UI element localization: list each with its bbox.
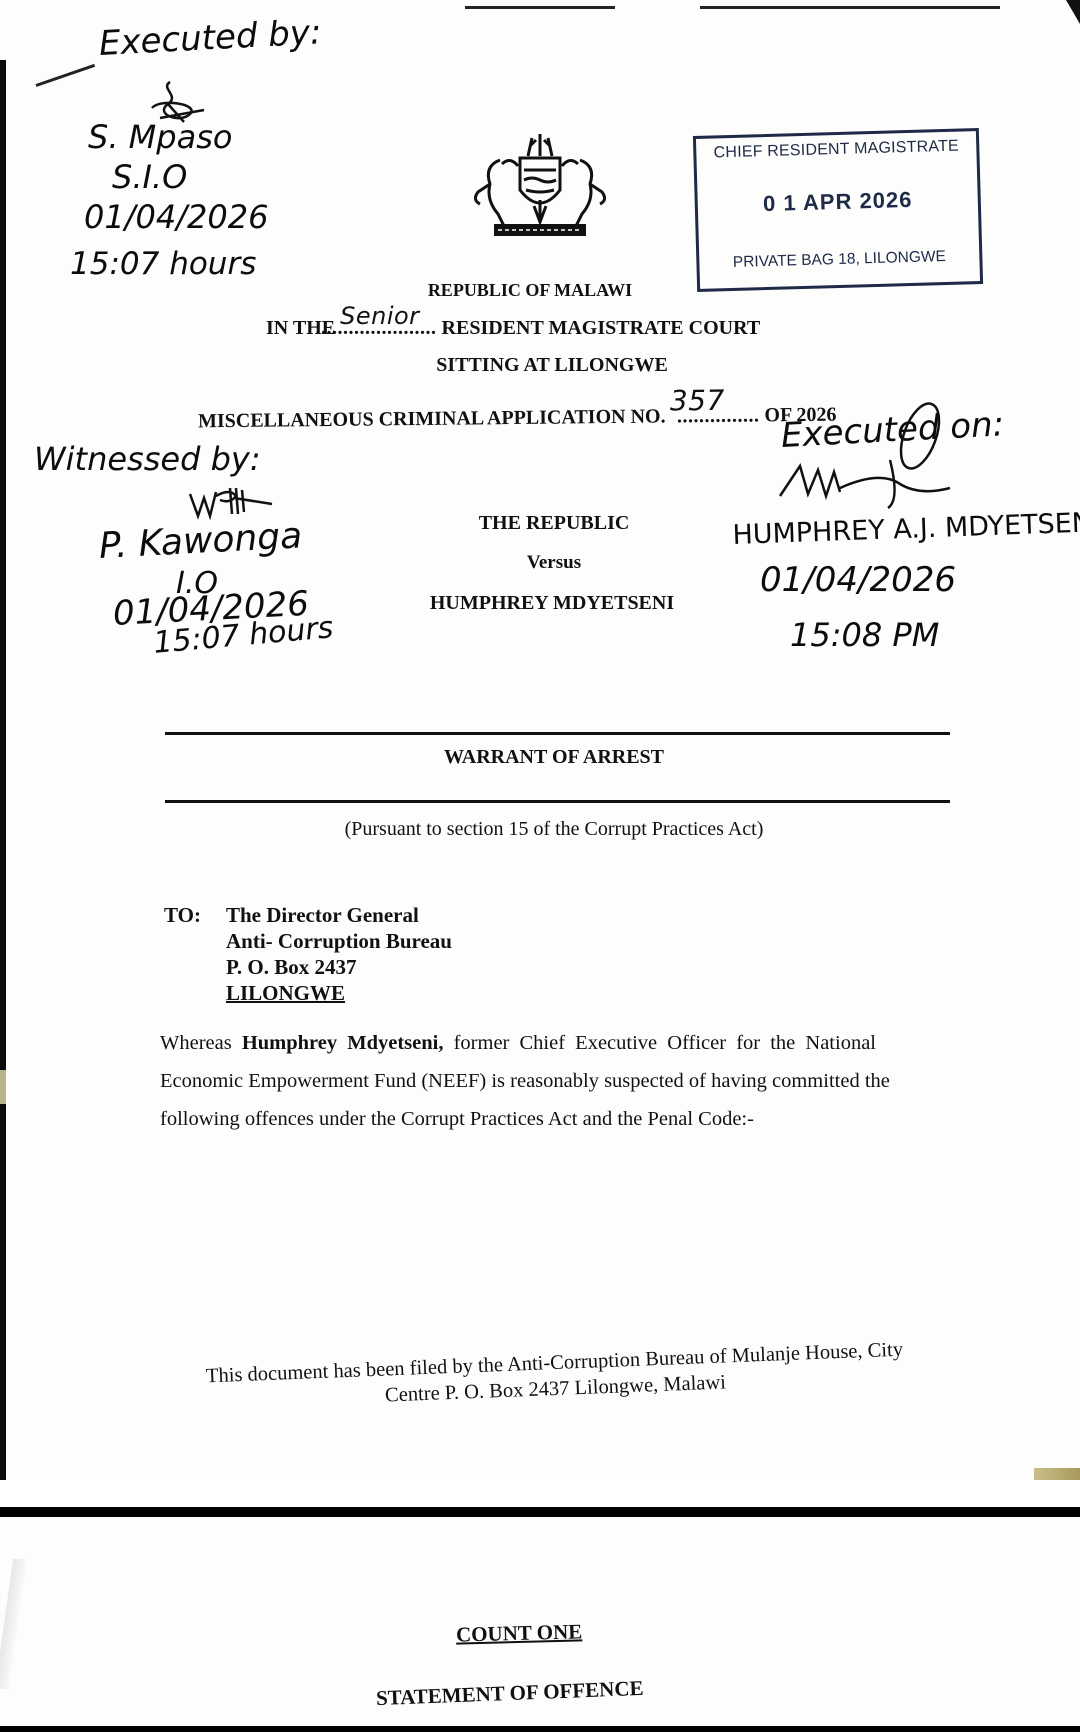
court-line: IN THE Senior...................... RESI… [266,312,760,340]
court-dots: Senior...................... [340,317,436,339]
addressee-city: LILONGWE [226,980,452,1006]
handwritten-title-sio: S.I.O [112,158,187,196]
stamp-address: PRIVATE BAG 18, LILONGWE [699,247,979,273]
warrant-page-2: COUNT ONE STATEMENT OF OFFENCE [0,1517,1080,1732]
scan-top-edge [465,6,615,9]
statement-of-offence-heading: STATEMENT OF OFFENCE [376,1676,644,1711]
document-title: WARRANT OF ARREST [14,746,1080,769]
scan-left-edge [0,60,6,1480]
handwritten-court-level: Senior [340,302,419,330]
court-date-stamp: CHIEF RESIDENT MAGISTRATE 0 1 APR 2026 P… [693,128,983,292]
title-rule-top [165,732,950,735]
republic-heading: REPUBLIC OF MALAWI [0,280,1070,301]
scan-smudge [1034,1468,1080,1480]
addressee-line: The Director General [226,902,452,928]
application-number-line: MISCELLANEOUS CRIMINAL APPLICATION NO.35… [198,395,837,435]
handwritten-time-left: 15:07 hours [70,246,256,282]
warrant-page-1: Executed by: S. Mpaso S.I.O 01/04/2026 1… [0,0,1080,1480]
addressee-label: TO: [164,902,201,928]
handwritten-time-right: 15:08 PM [790,616,939,654]
handwritten-executed-by: Executed by: [98,12,322,64]
handwritten-witnessed-by: Witnessed by: [34,440,261,478]
scan-corner-shadow [1066,0,1080,24]
body-line1-rest: former Chief Executive Officer for the N… [454,1032,876,1054]
body-line2: Economic Empowerment Fund (NEEF) is reas… [160,1062,950,1100]
page-separator [0,1507,1080,1517]
count-heading: COUNT ONE [456,1619,583,1647]
title-rule-bottom [165,800,950,803]
filing-note: This document has been filed by the Anti… [169,1335,940,1417]
body-accused-name: Humphrey Mdyetseni, [242,1032,444,1054]
signature-mdyetseni-icon [770,400,970,510]
addressee-line: P. O. Box 2437 [226,954,452,980]
scan-bottom-edge [0,1726,1080,1732]
stamp-date: 0 1 APR 2026 [697,185,978,219]
body-lead: Whereas [160,1032,232,1054]
scan-page-curl [0,1559,27,1689]
document-subtitle: (Pursuant to section 15 of the Corrupt P… [14,818,1080,841]
warrant-body-paragraph: Whereas Humphrey Mdyetseni, former Chief… [160,1024,950,1138]
malawi-coat-of-arms-icon [470,130,610,240]
handwritten-application-no: 357 [670,384,725,418]
scan-top-edge [700,6,1000,9]
sitting-heading: SITTING AT LILONGWE [12,354,1080,377]
application-prefix: MISCELLANEOUS CRIMINAL APPLICATION NO [198,406,661,433]
court-suffix: RESIDENT MAGISTRATE COURT [442,317,761,339]
pen-stroke [36,64,96,87]
addressee-line: Anti- Corruption Bureau [226,928,452,954]
handwritten-name-mpaso: S. Mpaso [88,118,232,156]
body-line3: following offences under the Corrupt Pra… [160,1100,950,1138]
stamp-title: CHIEF RESIDENT MAGISTRATE [696,137,976,163]
handwritten-date-left: 01/04/2026 [84,198,268,236]
handwritten-date-right: 01/04/2026 [760,560,956,600]
